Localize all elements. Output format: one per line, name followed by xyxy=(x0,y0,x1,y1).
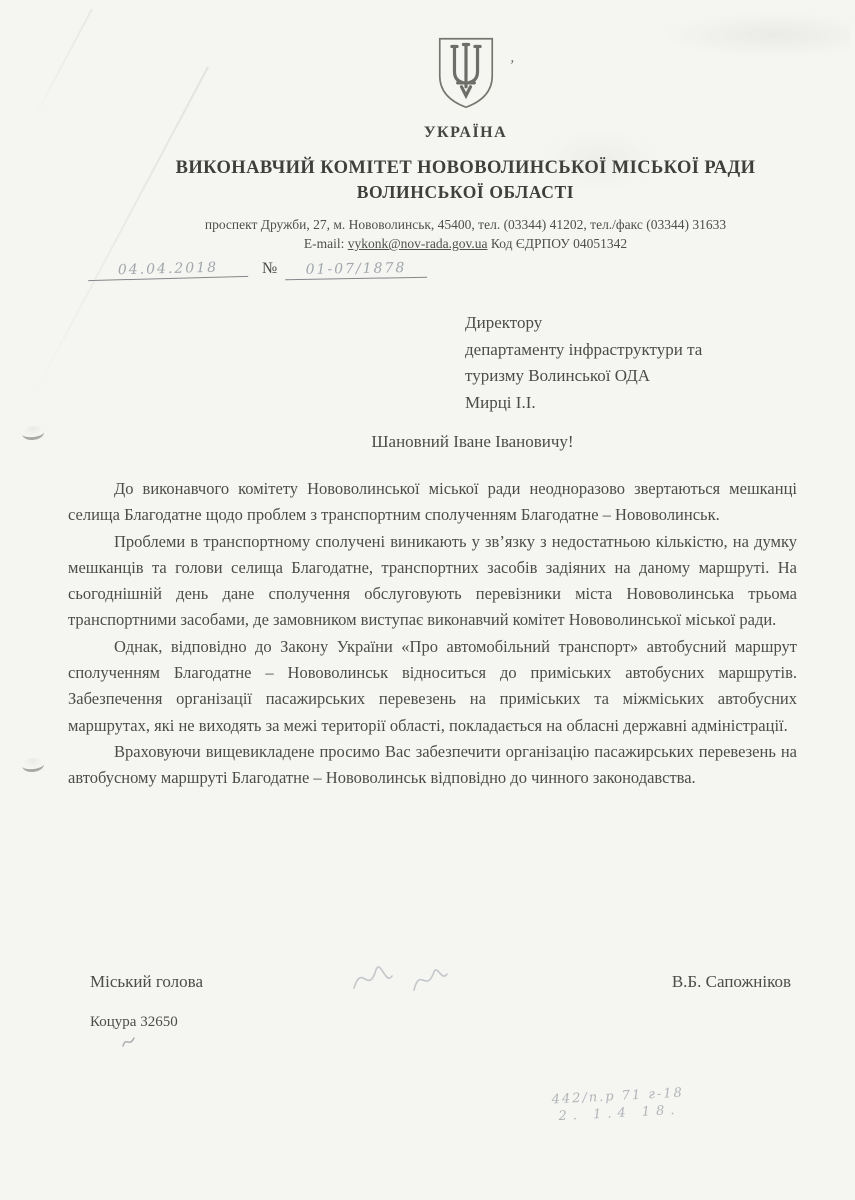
org-name-line1: ВИКОНАВЧИЙ КОМІТЕТ НОВОВОЛИНСЬКОЇ МІСЬКО… xyxy=(76,158,855,179)
signature-position: Міський голова xyxy=(90,972,203,992)
salutation: Шановний Іване Івановичу! xyxy=(0,432,855,452)
letter-body: До виконавчого комітету Нововолинської м… xyxy=(68,476,797,792)
recipient-line: Мирці І.І. xyxy=(465,390,702,417)
org-name-line2: ВОЛИНСЬКОЇ ОБЛАСТІ xyxy=(76,182,855,203)
bottom-handwritten-note: 442/п.р 71 г-18 2. 1.4 18. xyxy=(551,1085,685,1126)
coat-of-arms-ukraine-icon xyxy=(434,36,498,110)
address-line: проспект Дружби, 27, м. Нововолинськ, 45… xyxy=(76,217,855,233)
recipient-line: туризму Волинської ОДА xyxy=(465,363,702,390)
recipient-line: Директору xyxy=(465,310,702,337)
email-label: E-mail: xyxy=(304,236,345,251)
recipient-line: департаменту інфраструктури та xyxy=(465,337,702,364)
edrpou-code: Код ЄДРПОУ 04051342 xyxy=(491,236,627,251)
recipient-block: Директору департаменту інфраструктури та… xyxy=(465,310,702,416)
executor-note: Коцура 32650 xyxy=(90,1014,178,1031)
scanned-letter-page: ʼ УКРАЇНА ВИКОНАВЧИЙ КОМІТЕТ НОВОВОЛИНСЬ… xyxy=(0,0,855,1200)
outgoing-number-handwritten: 01-07/1878 xyxy=(285,260,427,280)
email-text: vykonk@nov-rada.gov.ua xyxy=(348,236,488,251)
body-paragraph: До виконавчого комітету Нововолинської м… xyxy=(68,476,797,529)
hole-punch-mark xyxy=(21,757,44,773)
body-paragraph: Однак, відповідно до Закону України «Про… xyxy=(68,634,797,739)
signature-autograph-icon xyxy=(348,956,468,1002)
body-paragraph: Проблеми в транспортному сполучені виник… xyxy=(68,529,797,634)
letterhead: ʼ УКРАЇНА ВИКОНАВЧИЙ КОМІТЕТ НОВОВОЛИНСЬ… xyxy=(0,36,855,252)
body-paragraph: Враховуючи вищевикладене просимо Вас заб… xyxy=(68,739,797,792)
pen-tick-mark xyxy=(120,1034,138,1050)
country-label: УКРАЇНА xyxy=(76,124,855,142)
number-sign-label: № xyxy=(262,260,277,278)
date-handwritten: 04.04.2018 xyxy=(88,259,248,281)
email-line: E-mail: vykonk@nov-rada.gov.ua Код ЄДРПО… xyxy=(76,236,855,252)
reference-line: 04.04.2018 № 01-07/1878 xyxy=(88,260,427,279)
signature-name: В.Б. Сапожніков xyxy=(672,972,791,992)
scan-speck: ʼ xyxy=(507,58,514,76)
